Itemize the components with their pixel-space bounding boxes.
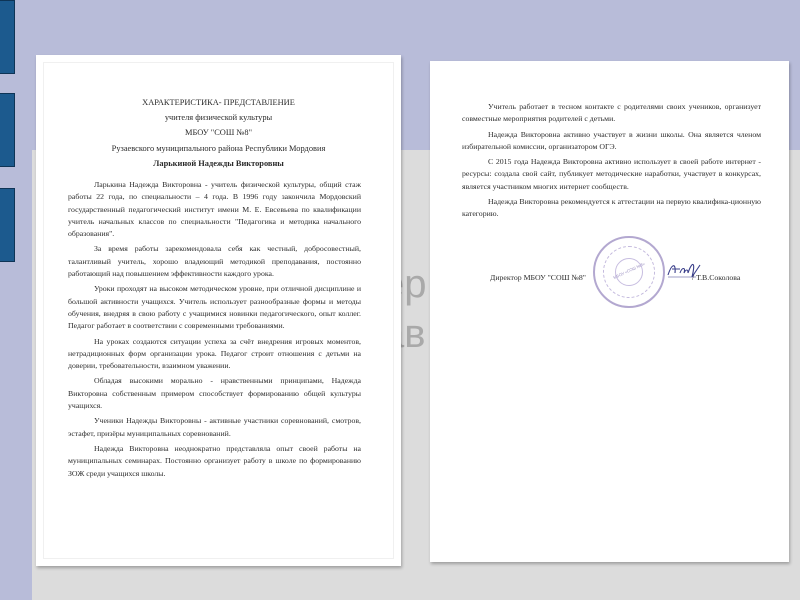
school-stamp-icon: МБОУ «СОШ №8»: [593, 236, 665, 308]
paragraph: Обладая высокими морально - нравственным…: [68, 375, 361, 412]
document-header: ХАРАКТЕРИСТИКА- ПРЕДСТАВЛЕНИЕ учителя фи…: [36, 95, 401, 171]
paragraph: Надежда Викторовна неоднократно представ…: [68, 443, 361, 480]
paragraph: С 2015 года Надежда Викторовна активно и…: [462, 156, 761, 193]
accent-bar: [0, 93, 15, 167]
director-position: Директор МБОУ "СОШ №8": [490, 273, 586, 282]
paragraph: Надежда Викторовна рекомендуется к аттес…: [462, 196, 761, 221]
paragraph: На уроках создаются ситуации успеха за с…: [68, 336, 361, 373]
stamp-text: МБОУ «СОШ №8»: [597, 254, 661, 287]
document-page-1: ХАРАКТЕРИСТИКА- ПРЕДСТАВЛЕНИЕ учителя фи…: [36, 55, 401, 566]
paragraph: Уроки проходят на высоком методическом у…: [68, 283, 361, 332]
document-body: Учитель работает в тесном контакте с род…: [462, 101, 761, 224]
accent-bar: [0, 188, 15, 262]
district-name: Рузаевского муниципального района Респуб…: [36, 141, 401, 156]
paragraph: Ларькина Надежда Викторовна - учитель фи…: [68, 179, 361, 240]
paragraph: Надежда Викторовна активно участвует в ж…: [462, 129, 761, 154]
document-page-2: Учитель работает в тесном контакте с род…: [430, 61, 789, 562]
paragraph: За время работы зарекомендовала себя как…: [68, 243, 361, 280]
slide-left-strip: [0, 0, 32, 600]
document-subtitle: учителя физической культуры: [36, 110, 401, 125]
accent-bar: [0, 0, 15, 74]
paragraph: Учитель работает в тесном контакте с род…: [462, 101, 761, 126]
teacher-name: Ларькиной Надежды Викторовны: [36, 156, 401, 171]
paragraph: Ученики Надежды Викторовны - активные уч…: [68, 415, 361, 440]
document-title: ХАРАКТЕРИСТИКА- ПРЕДСТАВЛЕНИЕ: [36, 95, 401, 110]
director-name: / Т.В.Соколова: [692, 273, 740, 282]
document-body: Ларькина Надежда Викторовна - учитель фи…: [68, 179, 361, 483]
school-name: МБОУ "СОШ №8": [36, 125, 401, 140]
